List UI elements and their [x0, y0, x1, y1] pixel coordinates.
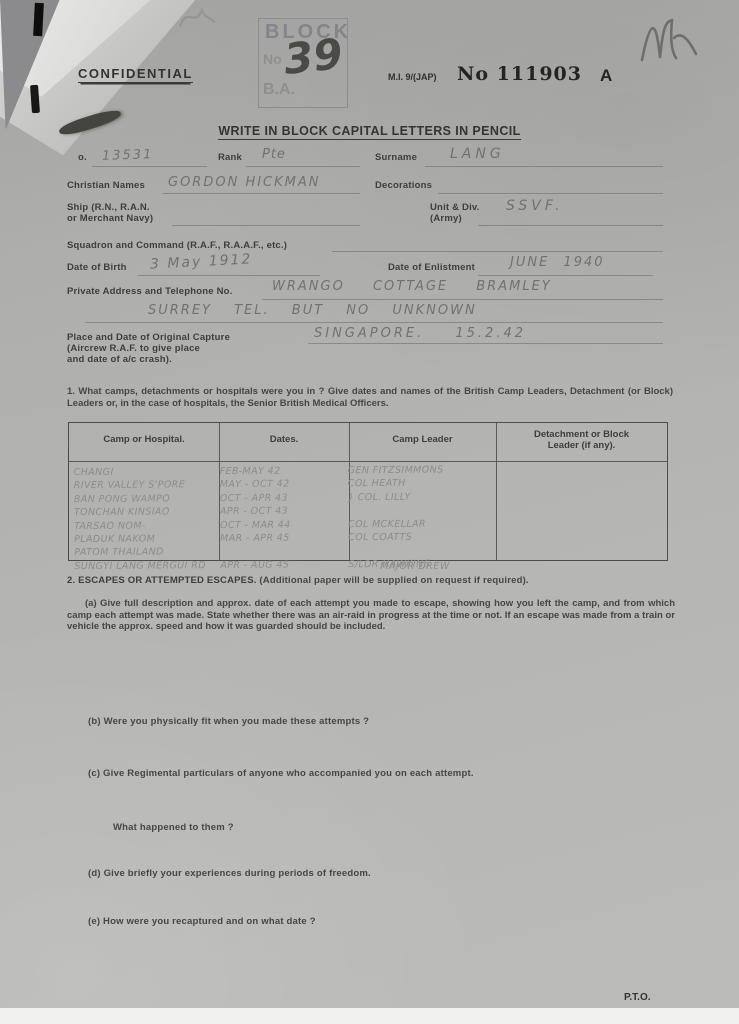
camps-table: Camp or Hospital. Dates. Camp Leader Det…: [68, 422, 668, 561]
field-label-christian-names: Christian Names: [67, 180, 145, 191]
section-2-heading-rest: (Additional paper will be supplied on re…: [257, 575, 529, 586]
form-suffix: A: [600, 66, 612, 86]
scan-bottom-edge: [0, 1008, 739, 1024]
scan-edge-mark: [33, 3, 44, 36]
question-d: (d) Give briefly your experiences during…: [88, 868, 371, 879]
rule-line: [478, 225, 663, 226]
question-c: (c) Give Regimental particulars of anyon…: [88, 768, 474, 779]
field-label-rank: Rank: [218, 152, 242, 163]
field-value-rank: Pte: [262, 147, 286, 162]
question-1: 1. What camps, detachments or hospitals …: [67, 386, 673, 409]
instruction-title-wrap: WRITE IN BLOCK CAPITAL LETTERS IN PENCIL: [0, 122, 739, 140]
pencil-scribble-icon: [636, 12, 702, 70]
rule-line: [425, 166, 663, 167]
instruction-title: WRITE IN BLOCK CAPITAL LETTERS IN PENCIL: [218, 124, 520, 140]
section-2-heading: 2. ESCAPES OR ATTEMPTED ESCAPES. (Additi…: [67, 575, 677, 586]
rule-line: [262, 299, 663, 300]
table-header-leader: Camp Leader: [349, 434, 496, 445]
table-cell-detachment: [500, 462, 660, 477]
field-label-date-of-birth: Date of Birth: [67, 262, 127, 273]
rule-line: [85, 322, 663, 323]
table-cell-dates: APR - OCT 43: [220, 504, 348, 518]
field-value-unit: SSVF.: [506, 198, 564, 214]
camps-table-rows: CHANGI FEB-MAY 42 GEN FITZSIMMONS RIVER …: [74, 462, 675, 573]
table-cell-leader: [348, 543, 500, 557]
table-cell-dates: APR - AUG 45: [220, 558, 348, 572]
question-c2: What happened to them ?: [113, 822, 234, 833]
field-label-capture-line3: and date of a/c crash).: [67, 354, 172, 365]
table-header-camp: Camp or Hospital.: [69, 434, 219, 445]
table-cell-dates: OCT - APR 43: [220, 491, 348, 505]
field-value-address-line1: WRANGO COTTAGE BRAMLEY: [272, 279, 552, 294]
field-label-unit-line1: Unit & Div.: [430, 202, 480, 213]
question-e: (e) How were you recaptured and on what …: [88, 916, 316, 927]
field-value-date-of-birth: 3 May 1912: [150, 251, 253, 272]
para-a: (a) Give full description and approx. da…: [67, 598, 675, 633]
table-cell-detachment: [500, 475, 660, 490]
table-cell-dates: [220, 545, 348, 559]
table-cell-camp: RIVER VALLEY S'PORE: [74, 478, 220, 492]
rule-line: [138, 275, 320, 276]
table-cell-detachment: [500, 556, 660, 571]
table-cell-leader: COL HEATH: [348, 477, 500, 491]
table-header-detachment: Detachment or Block Leader (if any).: [519, 429, 644, 451]
field-label-no: o.: [78, 152, 87, 163]
rule-line: [172, 225, 360, 226]
table-cell-leader: COL MCKELLAR: [348, 517, 500, 531]
form-ref-prefix: M.I. 9/(JAP): [388, 72, 437, 82]
field-label-capture-line2: (Aircrew R.A.F. to give place: [67, 343, 200, 354]
table-cell-camp: PLADUK NAKOM: [74, 532, 220, 546]
table-header-dates: Dates.: [219, 434, 349, 445]
table-cell-camp: SUNGYI LANG MERGUI RD: [74, 559, 220, 573]
rule-line: [478, 275, 653, 276]
table-cell-dates: MAY - OCT 42: [220, 478, 348, 492]
table-cell-detachment: [500, 502, 660, 517]
field-value-capture: SINGAPORE. 15.2.42: [314, 326, 526, 341]
section-2-heading-bold: 2. ESCAPES OR ATTEMPTED ESCAPES.: [67, 575, 257, 586]
table-cell-dates: MAR - APR 45: [220, 531, 348, 545]
field-value-date-of-enlistment: JUNE 1940: [510, 255, 605, 270]
table-cell-detachment: [500, 516, 660, 531]
table-cell-dates: OCT - MAR 44: [220, 518, 348, 532]
field-label-address: Private Address and Telephone No.: [67, 286, 233, 297]
field-value-surname: LANG: [450, 146, 505, 162]
table-cell-detachment: [500, 542, 660, 557]
form-number: No 111903: [457, 63, 582, 85]
table-cell-camp: CHANGI: [74, 465, 220, 479]
field-label-ship-line1: Ship (R.N., R.A.N.: [67, 202, 150, 213]
table-cell-camp: TARSAO NOM-: [74, 519, 220, 533]
rule-line: [308, 343, 663, 344]
table-cell-camp: PATOM THAILAND: [74, 545, 220, 559]
pencil-scribble-small-icon: [176, 2, 218, 36]
field-value-christian-names: GORDON HICKMAN: [168, 175, 320, 190]
rule-line: [438, 193, 663, 194]
pto-label: P.T.O.: [624, 992, 651, 1003]
field-label-decorations: Decorations: [375, 180, 432, 191]
table-cell-dates: FEB-MAY 42: [220, 464, 348, 478]
field-label-surname: Surname: [375, 152, 417, 163]
field-label-squadron: Squadron and Command (R.A.F., R.A.A.F., …: [67, 240, 287, 251]
table-cell-camp: TONCHAN KINSIAO: [74, 505, 220, 519]
table-cell-leader: [348, 503, 500, 517]
rule-line: [332, 251, 663, 252]
rule-line: [246, 166, 360, 167]
rule-line: [92, 166, 207, 167]
question-b: (b) Were you physically fit when you mad…: [88, 716, 369, 727]
scanned-form-page: CONFIDENTIAL BLOCK No B.A. 39 M.I. 9/(JA…: [0, 0, 739, 1024]
field-label-capture-line1: Place and Date of Original Capture: [67, 332, 230, 343]
table-cell-leader: GEN FITZSIMMONS: [348, 463, 500, 477]
table-cell-camp: BAN PONG WAMPO: [74, 492, 220, 506]
field-value-no: 13531: [102, 147, 154, 164]
field-label-ship-line2: or Merchant Navy): [67, 213, 153, 224]
block-stamp-line2: No: [263, 51, 282, 67]
table-cell-detachment: [500, 529, 660, 544]
table-cell-leader: } COL. LILLY: [348, 490, 500, 504]
table-cell-leader: COL COATTS: [348, 530, 500, 544]
block-stamp-number: 39: [282, 29, 345, 84]
classification-stamp: CONFIDENTIAL: [78, 66, 193, 83]
field-label-date-of-enlistment: Date of Enlistment: [388, 262, 475, 273]
table-row: SUNGYI LANG MERGUI RD APR - AUG 45 S/LDR…: [74, 556, 674, 574]
block-stamp-line3: B.A.: [263, 81, 295, 99]
field-value-address-line2: SURREY TEL. BUT NO UNKNOWN: [148, 303, 477, 318]
rule-line: [163, 193, 360, 194]
note-major-drew: MAJOR DREW: [380, 561, 450, 572]
table-cell-detachment: [500, 489, 660, 504]
field-label-unit-line2: (Army): [430, 213, 462, 224]
